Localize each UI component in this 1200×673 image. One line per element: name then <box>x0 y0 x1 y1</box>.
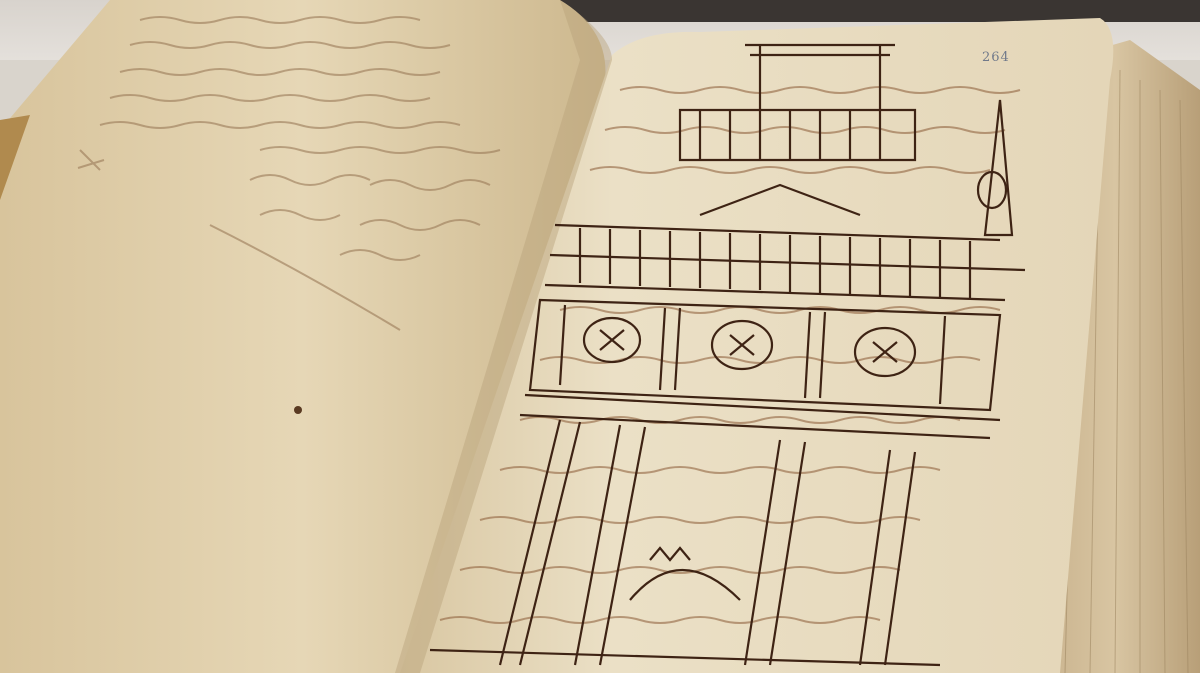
book-illustration <box>0 0 1200 673</box>
page-number: 264 <box>982 50 1010 65</box>
ink-spot <box>294 406 302 414</box>
manuscript-photo: 264 <box>0 0 1200 673</box>
